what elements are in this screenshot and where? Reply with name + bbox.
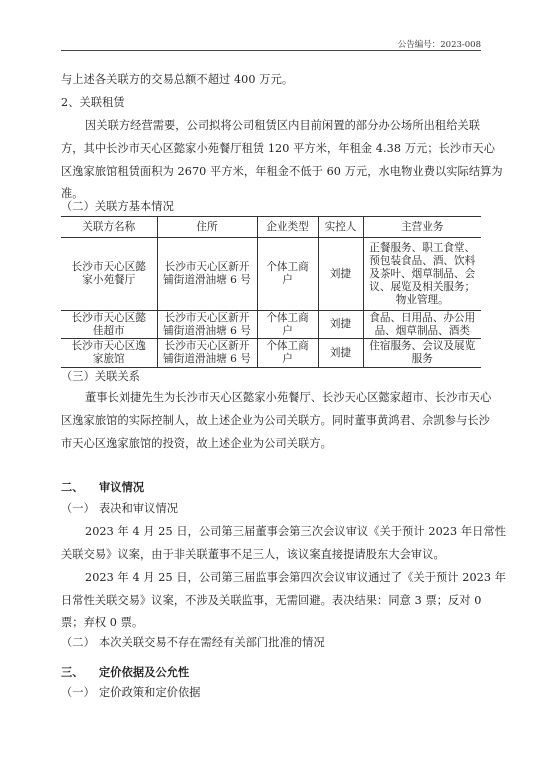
relation-paragraph-line: 区逸家旅馆的实际控制人，故上述企业为公司关联方。同时董事黄鸿君、佘凯参与长沙 xyxy=(61,414,481,428)
subsection-number: （一） xyxy=(61,686,95,700)
lease-paragraph-line: 方，其中长沙市天心区懿家小苑餐厅租赁 120 平方米，年租金 4.38 万元；长… xyxy=(61,142,481,156)
section-number: 二、 xyxy=(61,480,84,494)
subsection-2-title: （二）关联方基本情况 xyxy=(61,200,481,214)
subsection-number: （二） xyxy=(61,636,95,650)
address-cell: 长沙市天心区新开 铺街道滑油塘 6 号 xyxy=(157,311,257,339)
header-rule xyxy=(61,50,481,51)
table-header-row: 关联方名称 住所 企业类型 实控人 主营业务 xyxy=(61,217,481,238)
party-name-cell: 长沙市天心区懿 家小苑餐厅 xyxy=(61,238,157,311)
column-header: 关联方名称 xyxy=(61,217,157,238)
column-header: 主营业务 xyxy=(363,217,481,238)
review-paragraph-line: 2023 年 4 月 25 日，公司第三届董事会第三次会议审议《关于预计 202… xyxy=(85,525,481,539)
announcement-number: 公告编号：2023-008 xyxy=(61,38,481,50)
review-paragraph-line: 票；弃权 0 票。 xyxy=(61,616,481,630)
subsection-title: 本次关联交易不存在需经有关部门批准的情况 xyxy=(99,636,325,650)
lease-paragraph-line: 区逸家旅馆租赁面积为 2670 平方米，年租金不低于 60 万元，水电物业费以实… xyxy=(61,165,481,179)
party-name-cell: 长沙市天心区逸 家旅馆 xyxy=(61,339,157,368)
document-page: 公告编号：2023-008 与上述各关联方的交易总额不超过 400 万元。 2、… xyxy=(0,0,545,771)
subsection-title: 定价政策和定价依据 xyxy=(99,686,201,700)
business-cell: 住宿服务、会议及展览 服务 xyxy=(363,339,481,368)
paragraph-continuation: 与上述各关联方的交易总额不超过 400 万元。 xyxy=(61,73,481,87)
review-paragraph-line: 关联交易》议案，由于非关联董事不足三人，该议案直接提请股东大会审议。 xyxy=(61,548,481,562)
table-row: 长沙市天心区懿 家小苑餐厅 长沙市天心区新开 铺街道滑油塘 6 号 个体工商 户… xyxy=(61,238,481,311)
review-paragraph-line: 2023 年 4 月 25 日，公司第三届监事会第四次会议审议通过了《关于预计 … xyxy=(85,571,481,585)
relation-paragraph-line: 董事长刘捷先生为长沙市天心区懿家小苑餐厅、长沙天心区懿家超市、长沙市天心 xyxy=(85,391,481,405)
related-party-table: 关联方名称 住所 企业类型 实控人 主营业务 长沙市天心区懿 家小苑餐厅 长沙市… xyxy=(61,216,481,368)
type-cell: 个体工商 户 xyxy=(257,339,318,368)
section-title: 审议情况 xyxy=(99,480,144,494)
subsection-title: 表决和审议情况 xyxy=(99,502,178,516)
business-cell: 正餐服务、职工食堂、 预包装食品、酒、饮料 及茶叶、烟草制品、会 议、展览及相关… xyxy=(363,238,481,311)
address-cell: 长沙市天心区新开 铺街道滑油塘 6 号 xyxy=(157,339,257,368)
party-name-cell: 长沙市天心区懿 佳超市 xyxy=(61,311,157,339)
column-header: 实控人 xyxy=(318,217,363,238)
section-number: 三、 xyxy=(61,665,84,679)
lease-paragraph-line: 准。 xyxy=(61,187,481,201)
lease-paragraph-line: 因关联方经营需要，公司拟将公司租赁区内目前闲置的部分办公场所出租给关联 xyxy=(85,119,481,133)
type-cell: 个体工商 户 xyxy=(257,311,318,339)
controller-cell: 刘捷 xyxy=(318,339,363,368)
item-2-title: 2、关联租赁 xyxy=(61,96,481,110)
table-row: 长沙市天心区逸 家旅馆 长沙市天心区新开 铺街道滑油塘 6 号 个体工商 户 刘… xyxy=(61,339,481,368)
address-cell: 长沙市天心区新开 铺街道滑油塘 6 号 xyxy=(157,238,257,311)
business-cell: 食品、日用品、办公用 品、烟草制品、酒类 xyxy=(363,311,481,339)
type-cell: 个体工商 户 xyxy=(257,238,318,311)
table-row: 长沙市天心区懿 佳超市 长沙市天心区新开 铺街道滑油塘 6 号 个体工商 户 刘… xyxy=(61,311,481,339)
controller-cell: 刘捷 xyxy=(318,238,363,311)
subsection-3-title: （三）关联关系 xyxy=(61,370,481,384)
review-paragraph-line: 日常性关联交易》议案，不涉及关联监事，无需回避。表决结果：同意 3 票；反对 0 xyxy=(61,594,481,608)
column-header: 企业类型 xyxy=(257,217,318,238)
section-title: 定价依据及公允性 xyxy=(99,665,189,679)
relation-paragraph-line: 市天心区逸家旅馆的投资，故上述企业为公司关联方。 xyxy=(61,437,481,451)
subsection-number: （一） xyxy=(61,502,95,516)
controller-cell: 刘捷 xyxy=(318,311,363,339)
column-header: 住所 xyxy=(157,217,257,238)
